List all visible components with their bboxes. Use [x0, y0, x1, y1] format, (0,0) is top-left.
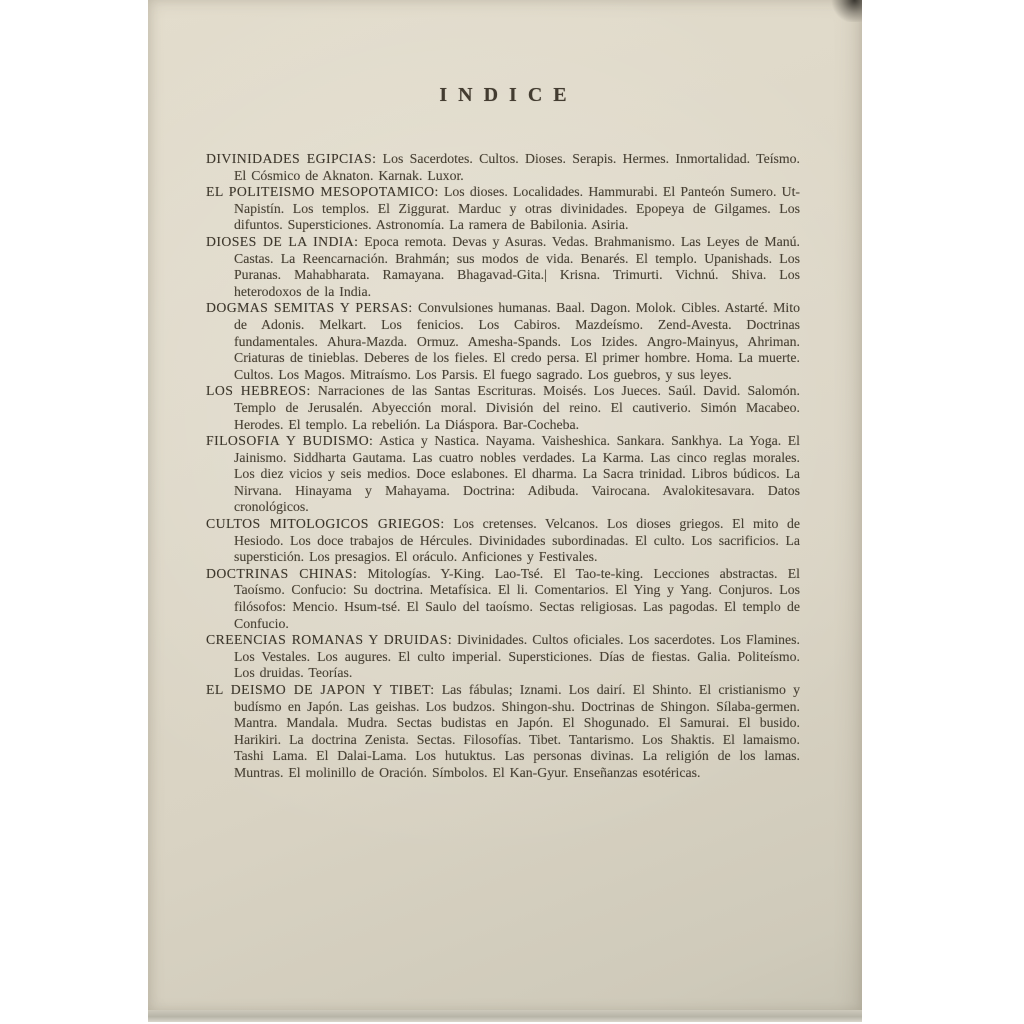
index-entry: FILOSOFIA Y BUDISMO: Astica y Nastica. N… — [206, 433, 800, 516]
index-entry: EL POLITEISMO MESOPOTAMICO: Los dioses. … — [206, 184, 800, 234]
entry-body: Narraciones de las Santas Escrituras. Mo… — [234, 383, 800, 431]
index-entry: CREENCIAS ROMANAS Y DRUIDAS: Divinidades… — [206, 632, 800, 682]
entry-heading: EL DEISMO DE JAPON Y TIBET: — [206, 682, 434, 697]
entry-heading: FILOSOFIA Y BUDISMO: — [206, 433, 373, 448]
entry-heading: LOS HEBREOS: — [206, 383, 311, 398]
entry-heading: DIVINIDADES EGIPCIAS: — [206, 151, 376, 166]
index-entry: DOGMAS SEMITAS Y PERSAS: Convulsiones hu… — [206, 300, 800, 383]
index-entry: DOCTRINAS CHINAS: Mitologías. Y-King. La… — [206, 566, 800, 632]
page-corner-shadow — [828, 0, 862, 22]
page-bottom-edge — [148, 1010, 862, 1022]
entry-heading: CULTOS MITOLOGICOS GRIEGOS: — [206, 516, 445, 531]
entry-heading: DOCTRINAS CHINAS: — [206, 566, 357, 581]
index-entry: EL DEISMO DE JAPON Y TIBET: Las fábulas;… — [206, 682, 800, 782]
index-entry: CULTOS MITOLOGICOS GRIEGOS: Los cretense… — [206, 516, 800, 566]
index-entry: DIVINIDADES EGIPCIAS: Los Sacerdotes. Cu… — [206, 151, 800, 184]
index-text-column: INDICE DIVINIDADES EGIPCIAS: Los Sacerdo… — [206, 0, 800, 782]
index-entry: LOS HEBREOS: Narraciones de las Santas E… — [206, 383, 800, 433]
entry-heading: CREENCIAS ROMANAS Y DRUIDAS: — [206, 632, 452, 647]
entry-heading: EL POLITEISMO MESOPOTAMICO: — [206, 184, 439, 199]
index-entry: DIOSES DE LA INDIA: Epoca remota. Devas … — [206, 234, 800, 300]
entry-heading: DOGMAS SEMITAS Y PERSAS: — [206, 300, 413, 315]
book-page: INDICE DIVINIDADES EGIPCIAS: Los Sacerdo… — [148, 0, 862, 1016]
entry-heading: DIOSES DE LA INDIA: — [206, 234, 358, 249]
scanned-photo-canvas: INDICE DIVINIDADES EGIPCIAS: Los Sacerdo… — [0, 0, 1024, 1024]
page-title: INDICE — [206, 84, 800, 107]
